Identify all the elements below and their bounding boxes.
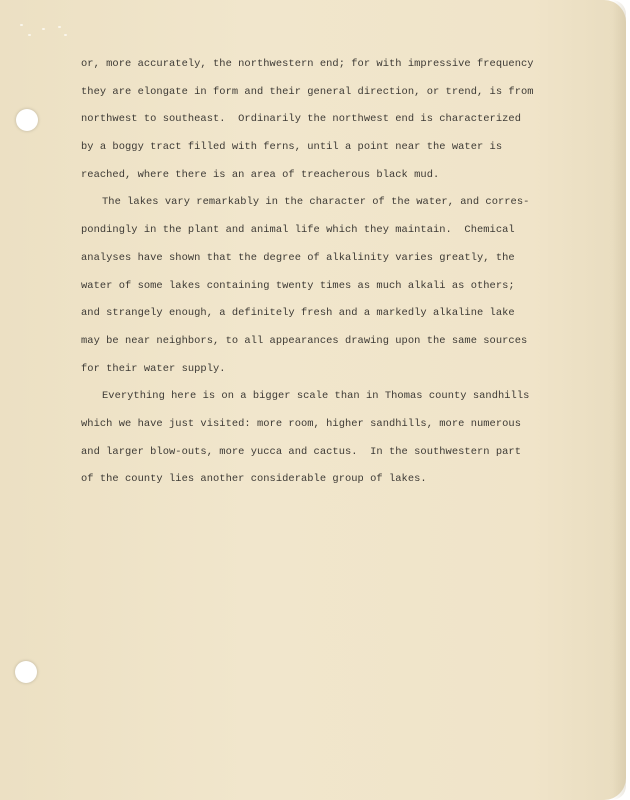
text-line: or, more accurately, the northwestern en… bbox=[81, 51, 621, 79]
text-line: may be near neighbors, to all appearance… bbox=[81, 328, 621, 356]
text-line: and strangely enough, a definitely fresh… bbox=[81, 300, 621, 328]
text-line: which we have just visited: more room, h… bbox=[81, 411, 621, 439]
text-line: of the county lies another considerable … bbox=[81, 466, 621, 494]
typed-text-body: or, more accurately, the northwestern en… bbox=[81, 51, 621, 494]
paper-specks bbox=[18, 22, 78, 42]
speck bbox=[20, 24, 23, 26]
text-line: The lakes vary remarkably in the charact… bbox=[81, 189, 621, 217]
text-line: water of some lakes containing twenty ti… bbox=[81, 273, 621, 301]
paragraph-1: or, more accurately, the northwestern en… bbox=[81, 51, 621, 189]
text-line: by a boggy tract filled with ferns, unti… bbox=[81, 134, 621, 162]
text-line: they are elongate in form and their gene… bbox=[81, 79, 621, 107]
speck bbox=[42, 28, 45, 30]
text-line: pondingly in the plant and animal life w… bbox=[81, 217, 621, 245]
punch-hole-top bbox=[16, 109, 38, 131]
speck bbox=[64, 34, 67, 36]
speck bbox=[28, 34, 31, 36]
speck bbox=[58, 26, 61, 28]
paragraph-3: Everything here is on a bigger scale tha… bbox=[81, 383, 621, 494]
text-line: Everything here is on a bigger scale tha… bbox=[81, 383, 621, 411]
typewritten-page: or, more accurately, the northwestern en… bbox=[0, 0, 626, 800]
text-line: and larger blow-outs, more yucca and cac… bbox=[81, 439, 621, 467]
text-line: for their water supply. bbox=[81, 356, 621, 384]
punch-hole-bottom bbox=[15, 661, 37, 683]
text-line: analyses have shown that the degree of a… bbox=[81, 245, 621, 273]
text-line: reached, where there is an area of treac… bbox=[81, 162, 621, 190]
text-line: northwest to southeast. Ordinarily the n… bbox=[81, 106, 621, 134]
paragraph-2: The lakes vary remarkably in the charact… bbox=[81, 189, 621, 383]
